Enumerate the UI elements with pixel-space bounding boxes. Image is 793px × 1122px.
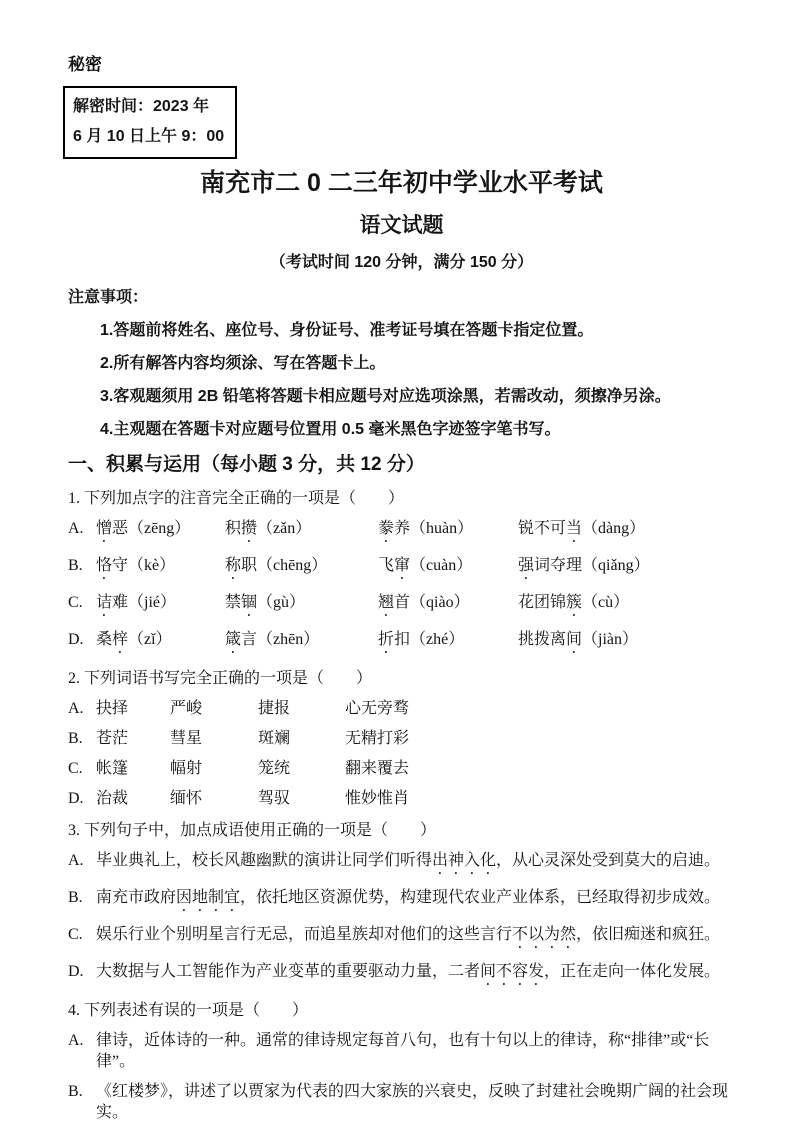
section1-heading: 一、积累与运用（每小题 3 分，共 12 分） (68, 452, 735, 477)
q2-b-word-1: 苍茫 (96, 728, 170, 749)
option-label: A. (68, 518, 96, 546)
q1-stem: 1. 下列加点字的注音完全正确的一项是（ ） (68, 488, 735, 509)
q1-d-word-2: 箴言（zhēn） (225, 629, 378, 657)
notice-item-4: 4.主观题在答题卡对应题号位置用 0.5 毫米黑色字迹签字笔书写。 (68, 419, 735, 440)
decrypt-time-line1: 解密时间：2023 年 (73, 92, 225, 122)
q2-a-word-4: 心无旁骛 (345, 698, 409, 719)
option-label: C. (68, 592, 96, 620)
option-label: D. (68, 961, 96, 989)
option-label: B. (68, 555, 96, 583)
q1-c-word-1: 诘难（jié） (96, 592, 225, 620)
q1-d-word-4: 挑拨离间（jiàn） (518, 629, 638, 657)
q1-b-word-1: 恪守（kè） (96, 555, 225, 583)
q1-b-word-3: 飞窜（cuàn） (378, 555, 518, 583)
notice-heading: 注意事项： (68, 287, 735, 308)
option-label: C. (68, 924, 96, 952)
q4-b-sentence: 《红楼梦》，讲述了以贾家为代表的四大家族的兴衰史，反映了封建社会晚期广阔的社会现… (96, 1081, 735, 1122)
q3-option-row-b: B. 南充市政府因地制宜，依托地区资源优势，构建现代农业产业体系，已经取得初步成… (68, 887, 735, 915)
option-label: A. (68, 698, 96, 719)
q1-a-word-4: 锐不可当（dàng） (518, 518, 645, 546)
q1-b-word-2: 称职（chēng） (225, 555, 378, 583)
decrypt-time-box: 解密时间：2023 年 6 月 10 日上午 9：00 (63, 86, 237, 159)
option-label: A. (68, 850, 96, 878)
option-label: B. (68, 728, 96, 749)
option-label: A. (68, 1030, 96, 1072)
q3-option-row-d: D. 大数据与人工智能作为产业变革的重要驱动力量，二者间不容发，正在走向一体化发… (68, 961, 735, 989)
q2-stem: 2. 下列词语书写完全正确的一项是（ ） (68, 668, 735, 689)
q1-c-word-4: 花团锦簇（cù） (518, 592, 629, 620)
q1-option-row-a: A. 憎恶（zēng） 积攒（zǎn） 豢养（huàn） 锐不可当（dàng） (68, 518, 735, 546)
q2-c-word-3: 笼统 (258, 758, 345, 779)
q2-d-word-2: 缅怀 (170, 788, 258, 809)
exam-time-score-info: （考试时间 120 分钟，满分 150 分） (68, 252, 735, 273)
security-classification-label: 秘密 (68, 54, 735, 76)
subject-title: 语文试题 (68, 212, 735, 240)
q1-d-word-3: 折扣（zhé） (378, 629, 518, 657)
q2-c-word-1: 帐篷 (96, 758, 170, 779)
q2-a-word-3: 捷报 (258, 698, 345, 719)
q1-b-word-4: 强词夺理（qiǎng） (518, 555, 650, 583)
q3-b-sentence: 南充市政府因地制宜，依托地区资源优势，构建现代农业产业体系，已经取得初步成效。 (96, 887, 735, 915)
q3-stem: 3. 下列句子中，加点成语使用正确的一项是（ ） (68, 820, 735, 841)
q1-option-row-d: D. 桑梓（zǐ） 箴言（zhēn） 折扣（zhé） 挑拨离间（jiàn） (68, 629, 735, 657)
q1-c-word-2: 禁锢（gù） (225, 592, 378, 620)
q2-option-row-b: B. 苍茫 彗星 斑斓 无精打彩 (68, 728, 735, 749)
q2-d-word-1: 治裁 (96, 788, 170, 809)
q4-option-row-a: A. 律诗，近体诗的一种。通常的律诗规定每首八句，也有十句以上的律诗，称“排律”… (68, 1030, 735, 1072)
decrypt-time-line2: 6 月 10 日上午 9：00 (73, 122, 225, 152)
q4-a-sentence: 律诗，近体诗的一种。通常的律诗规定每首八句，也有十句以上的律诗，称“排律”或“长… (96, 1030, 735, 1072)
exam-title: 南充市二 0 二三年初中学业水平考试 (68, 167, 735, 200)
q2-d-word-3: 驾驭 (258, 788, 345, 809)
q1-a-word-2: 积攒（zǎn） (225, 518, 378, 546)
q1-option-row-c: C. 诘难（jié） 禁锢（gù） 翘首（qiào） 花团锦簇（cù） (68, 592, 735, 620)
q3-option-row-a: A. 毕业典礼上，校长风趣幽默的演讲让同学们听得出神入化，从心灵深处受到莫大的启… (68, 850, 735, 878)
option-label: B. (68, 1081, 96, 1122)
option-label: D. (68, 788, 96, 809)
q3-a-sentence: 毕业典礼上，校长风趣幽默的演讲让同学们听得出神入化，从心灵深处受到莫大的启迪。 (96, 850, 735, 878)
q1-a-word-1: 憎恶（zēng） (96, 518, 225, 546)
q2-c-word-2: 幅射 (170, 758, 258, 779)
option-label: C. (68, 758, 96, 779)
notice-item-2: 2.所有解答内容均须涂、写在答题卡上。 (68, 353, 735, 374)
option-label: B. (68, 887, 96, 915)
q3-d-sentence: 大数据与人工智能作为产业变革的重要驱动力量，二者间不容发，正在走向一体化发展。 (96, 961, 735, 989)
q1-a-word-3: 豢养（huàn） (378, 518, 518, 546)
q3-option-row-c: C. 娱乐行业个别明星言行无忌，而追星族却对他们的这些言行不以为然，依旧痴迷和疯… (68, 924, 735, 952)
exam-paper-page: 秘密 解密时间：2023 年 6 月 10 日上午 9：00 南充市二 0 二三… (0, 0, 793, 1122)
q2-c-word-4: 翻来覆去 (345, 758, 409, 779)
q2-a-word-2: 严峻 (170, 698, 258, 719)
q2-a-word-1: 抉择 (96, 698, 170, 719)
q2-b-word-4: 无精打彩 (345, 728, 409, 749)
q3-c-sentence: 娱乐行业个别明星言行无忌，而追星族却对他们的这些言行不以为然，依旧痴迷和疯狂。 (96, 924, 735, 952)
q4-option-row-b: B. 《红楼梦》，讲述了以贾家为代表的四大家族的兴衰史，反映了封建社会晚期广阔的… (68, 1081, 735, 1122)
q2-d-word-4: 惟妙惟肖 (345, 788, 409, 809)
q1-d-word-1: 桑梓（zǐ） (96, 629, 225, 657)
q2-b-word-2: 彗星 (170, 728, 258, 749)
q1-c-word-3: 翘首（qiào） (378, 592, 518, 620)
q1-option-row-b: B. 恪守（kè） 称职（chēng） 飞窜（cuàn） 强词夺理（qiǎng） (68, 555, 735, 583)
q2-b-word-3: 斑斓 (258, 728, 345, 749)
notice-item-3: 3.客观题须用 2B 铅笔将答题卡相应题号对应选项涂黑，若需改动，须擦净另涂。 (68, 386, 735, 407)
q2-option-row-d: D. 治裁 缅怀 驾驭 惟妙惟肖 (68, 788, 735, 809)
notice-item-1: 1.答题前将姓名、座位号、身份证号、准考证号填在答题卡指定位置。 (68, 320, 735, 341)
q2-option-row-a: A. 抉择 严峻 捷报 心无旁骛 (68, 698, 735, 719)
option-label: D. (68, 629, 96, 657)
q2-option-row-c: C. 帐篷 幅射 笼统 翻来覆去 (68, 758, 735, 779)
q4-stem: 4. 下列表述有误的一项是（ ） (68, 1000, 735, 1021)
